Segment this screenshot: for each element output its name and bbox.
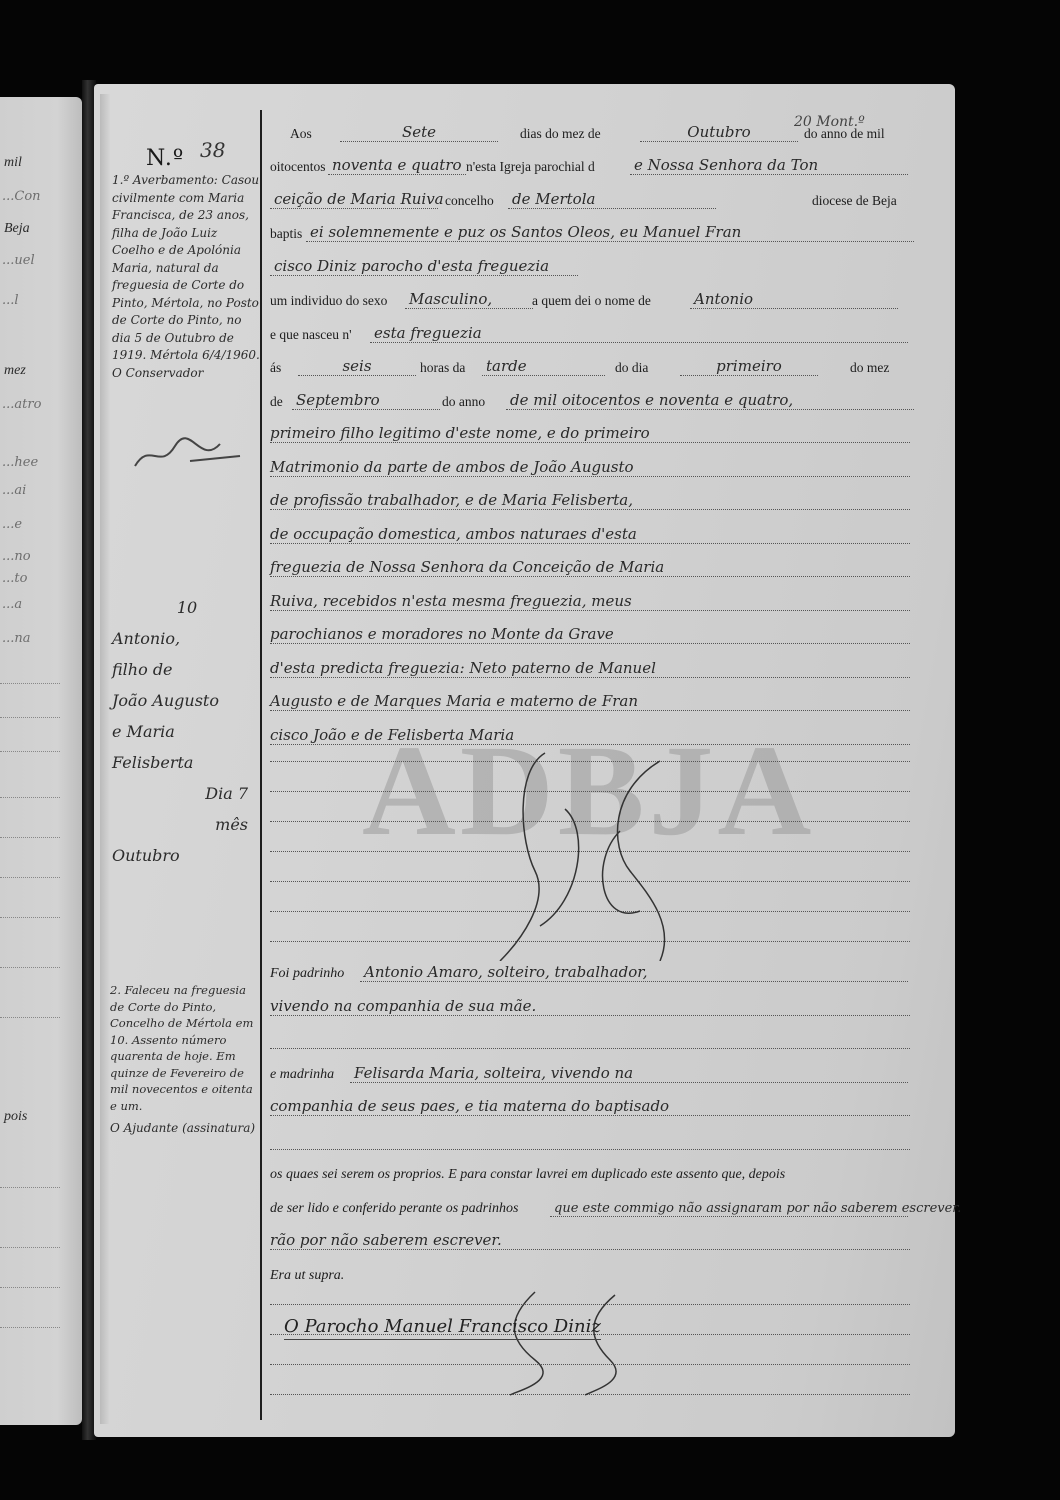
record-line: d'esta predicta freguezia: Neto paterno … bbox=[270, 650, 950, 684]
handwritten-child-name: Antonio bbox=[690, 290, 898, 309]
left-page-fragment: ...ai bbox=[2, 483, 26, 498]
left-page-fragment: ...l bbox=[2, 293, 19, 308]
printed-text: ás bbox=[270, 360, 281, 376]
empty-ruled-area bbox=[270, 751, 950, 951]
handwritten-parish: ceição de Maria Ruiva bbox=[270, 190, 438, 209]
adjacent-left-page: mil ...Con Beja ...uel ...l mez ...atro … bbox=[0, 97, 82, 1425]
parish-priest-signature: O Parocho Manuel Francisco Diniz bbox=[284, 1316, 601, 1340]
printed-text: oitocentos bbox=[270, 159, 326, 175]
death-note-signature: O Ajudante (assinatura) bbox=[110, 1120, 262, 1137]
signature-flourish-icon bbox=[490, 1290, 650, 1400]
record-line: Matrimonio da parte de ambos de João Aug… bbox=[270, 449, 950, 483]
handwritten-day: Sete bbox=[340, 123, 498, 142]
record-line: Augusto e de Marques Maria e materno de … bbox=[270, 684, 950, 718]
godmother-label: e madrinha bbox=[270, 1067, 334, 1083]
ruled-line bbox=[0, 837, 60, 838]
entry-number: 10 bbox=[112, 592, 262, 623]
left-page-fragment: ...to bbox=[2, 571, 27, 586]
summary-line: João Augusto bbox=[112, 685, 262, 716]
left-page-fragment: ...na bbox=[2, 631, 31, 646]
closing-line: de ser lido e conferido perante os padri… bbox=[270, 1189, 950, 1223]
record-line: companhia de seus paes, e tia materna do… bbox=[270, 1089, 950, 1123]
marriage-annotation: 1.º Averbamento: Casou civilmente com Ma… bbox=[112, 172, 262, 382]
printed-text: do dia bbox=[615, 360, 648, 376]
handwritten-birthplace: esta freguezia bbox=[370, 324, 908, 343]
blank-ruled-line bbox=[270, 1149, 910, 1150]
summary-line: Dia 7 bbox=[112, 778, 262, 809]
record-line: vivendo na companhia de sua mãe. bbox=[270, 988, 950, 1022]
era-ut-supra: Era ut supra. bbox=[270, 1268, 344, 1284]
handwritten-hour: seis bbox=[298, 357, 416, 376]
handwritten-birth-month: Septembro bbox=[292, 391, 440, 410]
record-line bbox=[270, 1022, 950, 1056]
ruled-line bbox=[0, 967, 60, 968]
printed-text: do mez bbox=[850, 360, 889, 376]
era-line: Era ut supra. bbox=[270, 1256, 950, 1290]
record-line: Aos Sete dias do mez de Outubro do anno … bbox=[270, 114, 950, 148]
printed-text: de bbox=[270, 394, 283, 410]
left-page-fragment: pois bbox=[4, 1109, 27, 1125]
record-line: oitocentos noventa e quatro n'esta Igrej… bbox=[270, 148, 950, 182]
left-page-fragment: ...uel bbox=[2, 253, 35, 268]
handwritten-text: freguezia de Nossa Senhora da Conceição … bbox=[270, 558, 910, 577]
handwritten-text: de occupação domestica, ambos naturaes d… bbox=[270, 525, 910, 544]
record-body: Aos Sete dias do mez de Outubro do anno … bbox=[270, 114, 950, 1420]
printed-closing-text: os quaes sei serem os proprios. E para c… bbox=[270, 1167, 785, 1183]
printed-text: Aos bbox=[290, 126, 312, 142]
record-line bbox=[270, 1122, 950, 1156]
handwritten-parish: e Nossa Senhora da Ton bbox=[630, 156, 908, 175]
record-line: um individuo do sexo Masculino, a quem d… bbox=[270, 282, 950, 316]
handwritten-birth-day: primeiro bbox=[680, 357, 818, 376]
record-line: Ruiva, recebidos n'esta mesma freguezia,… bbox=[270, 583, 950, 617]
godmother-name: Felisarda Maria, solteira, vivendo na bbox=[350, 1064, 908, 1083]
death-annotation: 2. Faleceu na freguesia de Corte do Pint… bbox=[110, 982, 262, 1137]
handwritten-text: rão por não saberem escrever. bbox=[270, 1231, 910, 1250]
handwritten-period: tarde bbox=[482, 357, 605, 376]
printed-text: horas da bbox=[420, 360, 465, 376]
handwritten-month: Outubro bbox=[640, 123, 798, 142]
entry-summary: 10 Antonio, filho de João Augusto e Mari… bbox=[112, 592, 262, 871]
left-page-fragment: ...a bbox=[2, 597, 22, 612]
handwritten-sex: Masculino, bbox=[405, 290, 533, 309]
left-page-fragment: mez bbox=[4, 363, 26, 379]
printed-text: do anno de mil bbox=[804, 126, 885, 142]
left-page-fragment: ...atro bbox=[2, 397, 41, 412]
record-line: rão por não saberem escrever. bbox=[270, 1223, 950, 1257]
handwritten-text: d'esta predicta freguezia: Neto paterno … bbox=[270, 659, 910, 678]
record-line: de occupação domestica, ambos naturaes d… bbox=[270, 516, 950, 550]
handwritten-text: Augusto e de Marques Maria e materno de … bbox=[270, 692, 910, 711]
closing-flourish-icon bbox=[460, 751, 720, 961]
handwritten-birth-year: de mil oitocentos e noventa e quatro, bbox=[506, 391, 914, 410]
printed-closing-text: de ser lido e conferido perante os padri… bbox=[270, 1201, 518, 1217]
record-line: primeiro filho legitimo d'este nome, e d… bbox=[270, 416, 950, 450]
printed-text: baptis bbox=[270, 226, 302, 242]
ruled-line bbox=[0, 683, 60, 684]
record-line: ás seis horas da tarde do dia primeiro d… bbox=[270, 349, 950, 383]
handwritten-text: primeiro filho legitimo d'este nome, e d… bbox=[270, 424, 910, 443]
left-page-fragment: ...e bbox=[2, 517, 22, 532]
signature-ruled-area bbox=[270, 1290, 950, 1420]
record-number-label: N.º bbox=[146, 146, 184, 171]
ruled-line bbox=[0, 797, 60, 798]
margin-column: N.º 38 1.º Averbamento: Casou civilmente… bbox=[110, 124, 260, 1424]
handwritten-text: vivendo na companhia de sua mãe. bbox=[270, 997, 910, 1016]
handwritten-text: de profissão trabalhador, e de Maria Fel… bbox=[270, 491, 910, 510]
record-line: baptis ei solemnemente e puz os Santos O… bbox=[270, 215, 950, 249]
register-page: 20 Mont.º N.º 38 1.º Averbamento: Casou … bbox=[94, 84, 955, 1437]
printed-text: do anno bbox=[442, 394, 485, 410]
handwritten-text: Ruiva, recebidos n'esta mesma freguezia,… bbox=[270, 592, 910, 611]
closing-line: os quaes sei serem os proprios. E para c… bbox=[270, 1156, 950, 1190]
margin-divider bbox=[260, 110, 262, 1420]
record-line: cisco Diniz parocho d'esta freguezia bbox=[270, 248, 950, 282]
record-line: e que nasceu n' esta freguezia bbox=[270, 315, 950, 349]
summary-line: Antonio, bbox=[112, 623, 262, 654]
summary-line: Felisberta bbox=[112, 747, 262, 778]
handwritten-text: ei solemnemente e puz os Santos Oleos, e… bbox=[306, 223, 914, 242]
godfather-name: Antonio Amaro, solteiro, trabalhador, bbox=[360, 963, 908, 982]
ruled-line bbox=[0, 1247, 60, 1248]
handwritten-text: parochianos e moradores no Monte da Grav… bbox=[270, 625, 910, 644]
printed-text: e que nasceu n' bbox=[270, 327, 352, 343]
ruled-line bbox=[0, 1017, 60, 1018]
page-edge bbox=[100, 94, 110, 1424]
left-page-fragment: ...Con bbox=[2, 189, 41, 204]
record-line: de Septembro do anno de mil oitocentos e… bbox=[270, 382, 950, 416]
handwritten-text: cisco Diniz parocho d'esta freguezia bbox=[270, 257, 578, 276]
printed-text: n'esta Igreja parochial d bbox=[466, 159, 595, 175]
handwritten-text: companhia de seus paes, e tia materna do… bbox=[270, 1097, 910, 1116]
summary-line: mês bbox=[112, 809, 262, 840]
printed-text: diocese de Beja bbox=[812, 193, 897, 209]
blank-ruled-line bbox=[270, 1048, 910, 1049]
handwritten-year: noventa e quatro bbox=[328, 156, 466, 175]
initials-flourish-icon bbox=[130, 436, 250, 476]
printed-text: a quem dei o nome de bbox=[532, 293, 651, 309]
ruled-line bbox=[0, 1327, 60, 1328]
record-line: parochianos e moradores no Monte da Grav… bbox=[270, 617, 950, 651]
left-page-fragment: mil bbox=[4, 155, 22, 171]
record-line: de profissão trabalhador, e de Maria Fel… bbox=[270, 483, 950, 517]
record-number-value: 38 bbox=[200, 138, 225, 162]
ruled-line bbox=[0, 1187, 60, 1188]
printed-text: concelho bbox=[445, 193, 494, 209]
handwritten-text: Matrimonio da parte de ambos de João Aug… bbox=[270, 458, 910, 477]
handwritten-closing: que este commigo não assignaram por não … bbox=[550, 1201, 908, 1217]
godfather-line: Foi padrinho Antonio Amaro, solteiro, tr… bbox=[270, 955, 950, 989]
ruled-line bbox=[0, 917, 60, 918]
ruled-line bbox=[0, 877, 60, 878]
record-line: ceição de Maria Ruiva concelho de Mertol… bbox=[270, 181, 950, 215]
record-line: cisco João e de Felisberta Maria bbox=[270, 717, 950, 751]
godfather-label: Foi padrinho bbox=[270, 966, 344, 982]
godmother-line: e madrinha Felisarda Maria, solteira, vi… bbox=[270, 1055, 950, 1089]
printed-text: um individuo do sexo bbox=[270, 293, 387, 309]
ruled-line bbox=[0, 751, 60, 752]
record-line: freguezia de Nossa Senhora da Conceição … bbox=[270, 550, 950, 584]
handwritten-council: de Mertola bbox=[508, 190, 716, 209]
ruled-line bbox=[0, 717, 60, 718]
ruled-line bbox=[0, 1287, 60, 1288]
printed-text: dias do mez de bbox=[520, 126, 601, 142]
summary-line: e Maria bbox=[112, 716, 262, 747]
summary-line: filho de bbox=[112, 654, 262, 685]
handwritten-text: cisco João e de Felisberta Maria bbox=[270, 726, 910, 745]
left-page-fragment: ...no bbox=[2, 549, 31, 564]
left-page-fragment: ...hee bbox=[2, 455, 38, 470]
death-note-text: 2. Faleceu na freguesia de Corte do Pint… bbox=[110, 982, 262, 1114]
left-page-fragment: Beja bbox=[4, 221, 30, 237]
summary-line: Outubro bbox=[112, 840, 262, 871]
